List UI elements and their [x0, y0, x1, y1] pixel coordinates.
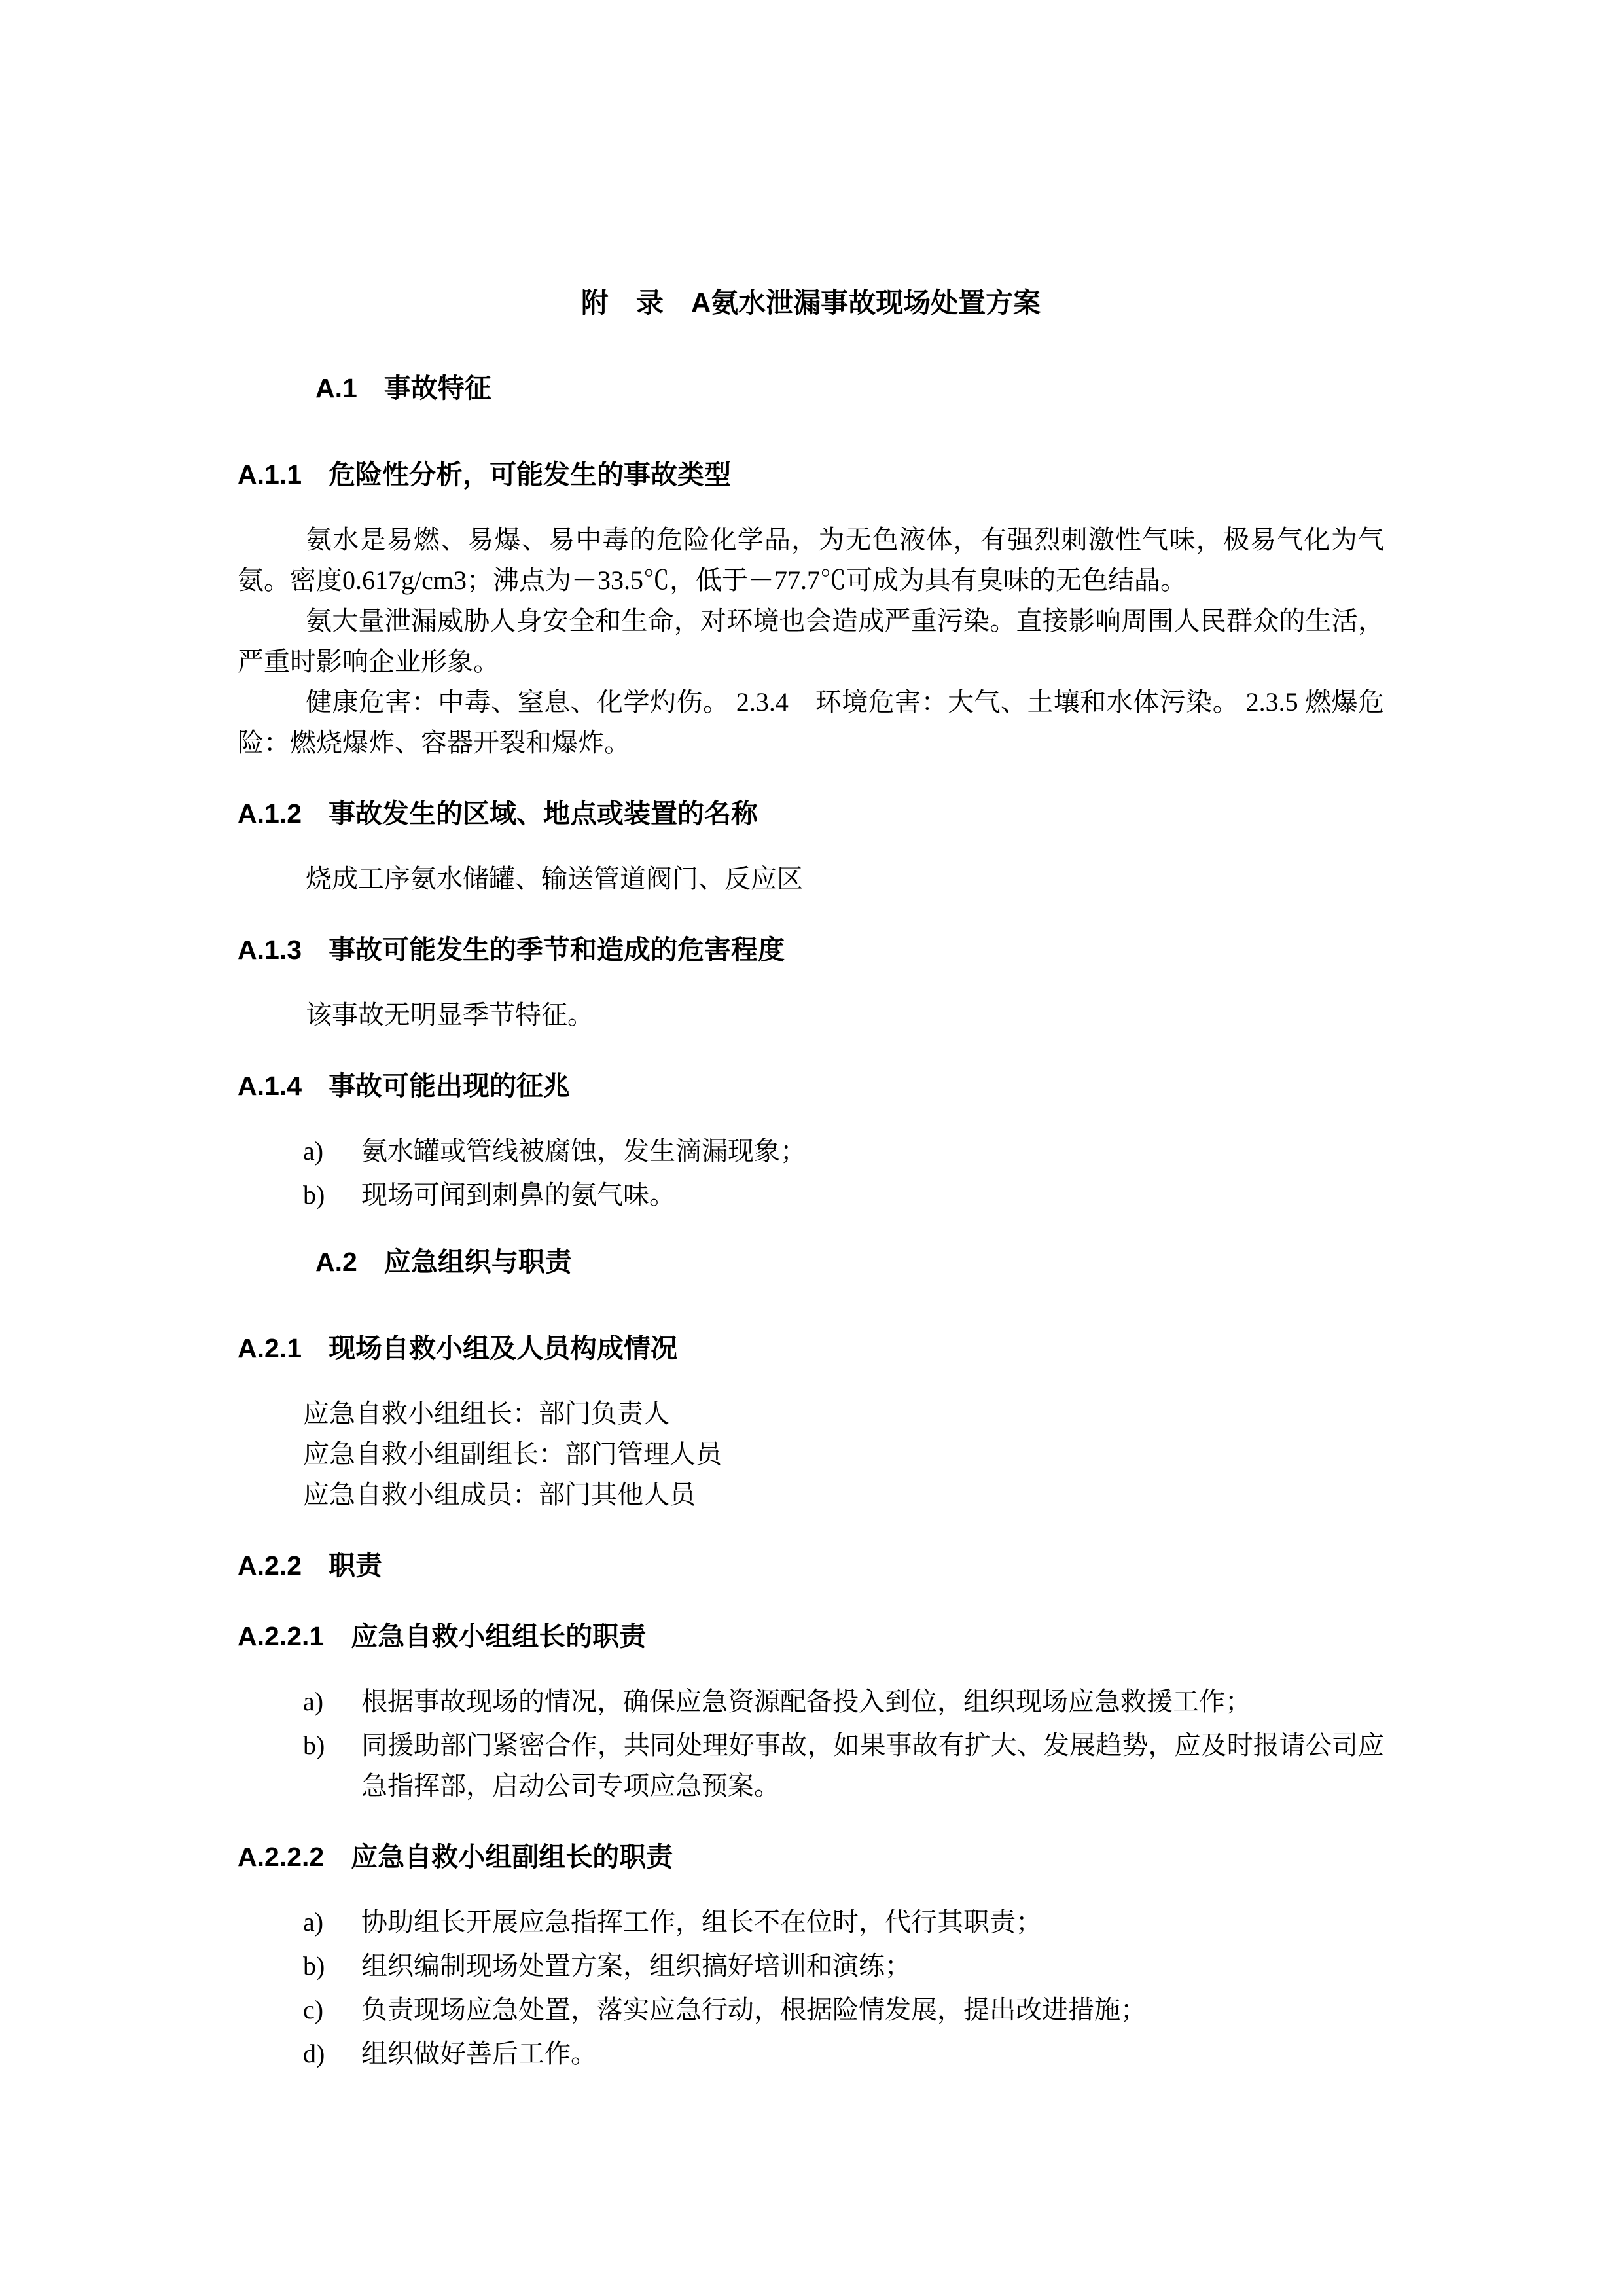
- heading-a-2-2-1: A.2.2.1 应急自救小组组长的职责: [238, 1616, 1384, 1657]
- list-marker: a): [303, 1681, 361, 1722]
- list-marker: c): [303, 1990, 361, 2030]
- list-item-text: 组织做好善后工作。: [361, 2034, 1384, 2074]
- heading-a-1-4: A.1.4 事故可能出现的征兆: [238, 1066, 1384, 1106]
- heading-a-2: A.2 应急组织与职责: [238, 1242, 1384, 1282]
- document-content: 附 录 A氨水泄漏事故现场处置方案 A.1 事故特征 A.1.1 危险性分析，可…: [238, 283, 1384, 2077]
- document-page: 附 录 A氨水泄漏事故现场处置方案 A.1 事故特征 A.1.1 危险性分析，可…: [0, 0, 1623, 2296]
- paragraph-team-deputy-leader: 应急自救小组副组长：部门管理人员: [238, 1434, 1384, 1475]
- list-item-text: 现场可闻到刺鼻的氨气味。: [361, 1175, 1384, 1215]
- list-item-text: 负责现场应急处置，落实应急行动，根据险情发展，提出改进措施；: [361, 1990, 1384, 2030]
- paragraph-hazard-properties: 氨水是易燃、易爆、易中毒的危险化学品，为无色液体，有强烈刺激性气味，极易气化为气…: [238, 520, 1384, 601]
- heading-a-1-1: A.1.1 危险性分析，可能发生的事故类型: [238, 454, 1384, 495]
- paragraph-health-hazards: 健康危害：中毒、窒息、化学灼伤。 2.3.4 环境危害：大气、土壤和水体污染。 …: [238, 682, 1384, 763]
- list-item-deputy-duty-b: b) 组织编制现场处置方案，组织搞好培训和演练；: [238, 1946, 1384, 1986]
- list-item-text: 协助组长开展应急指挥工作，组长不在位时，代行其职责；: [361, 1902, 1384, 1943]
- document-title: 附 录 A氨水泄漏事故现场处置方案: [238, 283, 1384, 323]
- heading-a-1-2: A.1.2 事故发生的区域、地点或装置的名称: [238, 793, 1384, 834]
- list-marker: d): [303, 2034, 361, 2074]
- paragraph-leak-impact: 氨大量泄漏威胁人身安全和生命，对环境也会造成严重污染。直接影响周围人民群众的生活…: [238, 601, 1384, 682]
- list-item-text: 组织编制现场处置方案，组织搞好培训和演练；: [361, 1946, 1384, 1986]
- list-item-deputy-duty-d: d) 组织做好善后工作。: [238, 2034, 1384, 2074]
- list-marker: a): [303, 1131, 361, 1172]
- paragraph-accident-locations: 烧成工序氨水储罐、输送管道阀门、反应区: [238, 859, 1384, 899]
- paragraph-season-feature: 该事故无明显季节特征。: [238, 995, 1384, 1035]
- list-marker: a): [303, 1902, 361, 1943]
- list-item-deputy-duty-c: c) 负责现场应急处置，落实应急行动，根据险情发展，提出改进措施；: [238, 1990, 1384, 2030]
- heading-a-2-1: A.2.1 现场自救小组及人员构成情况: [238, 1328, 1384, 1369]
- list-item-text: 同援助部门紧密合作，共同处理好事故，如果事故有扩大、发展趋势，应及时报请公司应急…: [361, 1725, 1384, 1806]
- list-marker: b): [303, 1946, 361, 1986]
- heading-a-1-3: A.1.3 事故可能发生的季节和造成的危害程度: [238, 929, 1384, 970]
- list-item-sign-a: a) 氨水罐或管线被腐蚀，发生滴漏现象；: [238, 1131, 1384, 1172]
- list-item-text: 根据事故现场的情况，确保应急资源配备投入到位，组织现场应急救援工作；: [361, 1681, 1384, 1722]
- list-item-leader-duty-b: b) 同援助部门紧密合作，共同处理好事故，如果事故有扩大、发展趋势，应及时报请公…: [238, 1725, 1384, 1806]
- heading-a-1: A.1 事故特征: [238, 368, 1384, 408]
- list-marker: b): [303, 1725, 361, 1806]
- paragraph-team-members: 应急自救小组成员：部门其他人员: [238, 1475, 1384, 1515]
- list-item-text: 氨水罐或管线被腐蚀，发生滴漏现象；: [361, 1131, 1384, 1172]
- heading-a-2-2: A.2.2 职责: [238, 1545, 1384, 1586]
- heading-a-2-2-2: A.2.2.2 应急自救小组副组长的职责: [238, 1837, 1384, 1877]
- list-item-sign-b: b) 现场可闻到刺鼻的氨气味。: [238, 1175, 1384, 1215]
- list-marker: b): [303, 1175, 361, 1215]
- paragraph-team-leader: 应急自救小组组长：部门负责人: [238, 1393, 1384, 1434]
- list-item-deputy-duty-a: a) 协助组长开展应急指挥工作，组长不在位时，代行其职责；: [238, 1902, 1384, 1943]
- list-item-leader-duty-a: a) 根据事故现场的情况，确保应急资源配备投入到位，组织现场应急救援工作；: [238, 1681, 1384, 1722]
